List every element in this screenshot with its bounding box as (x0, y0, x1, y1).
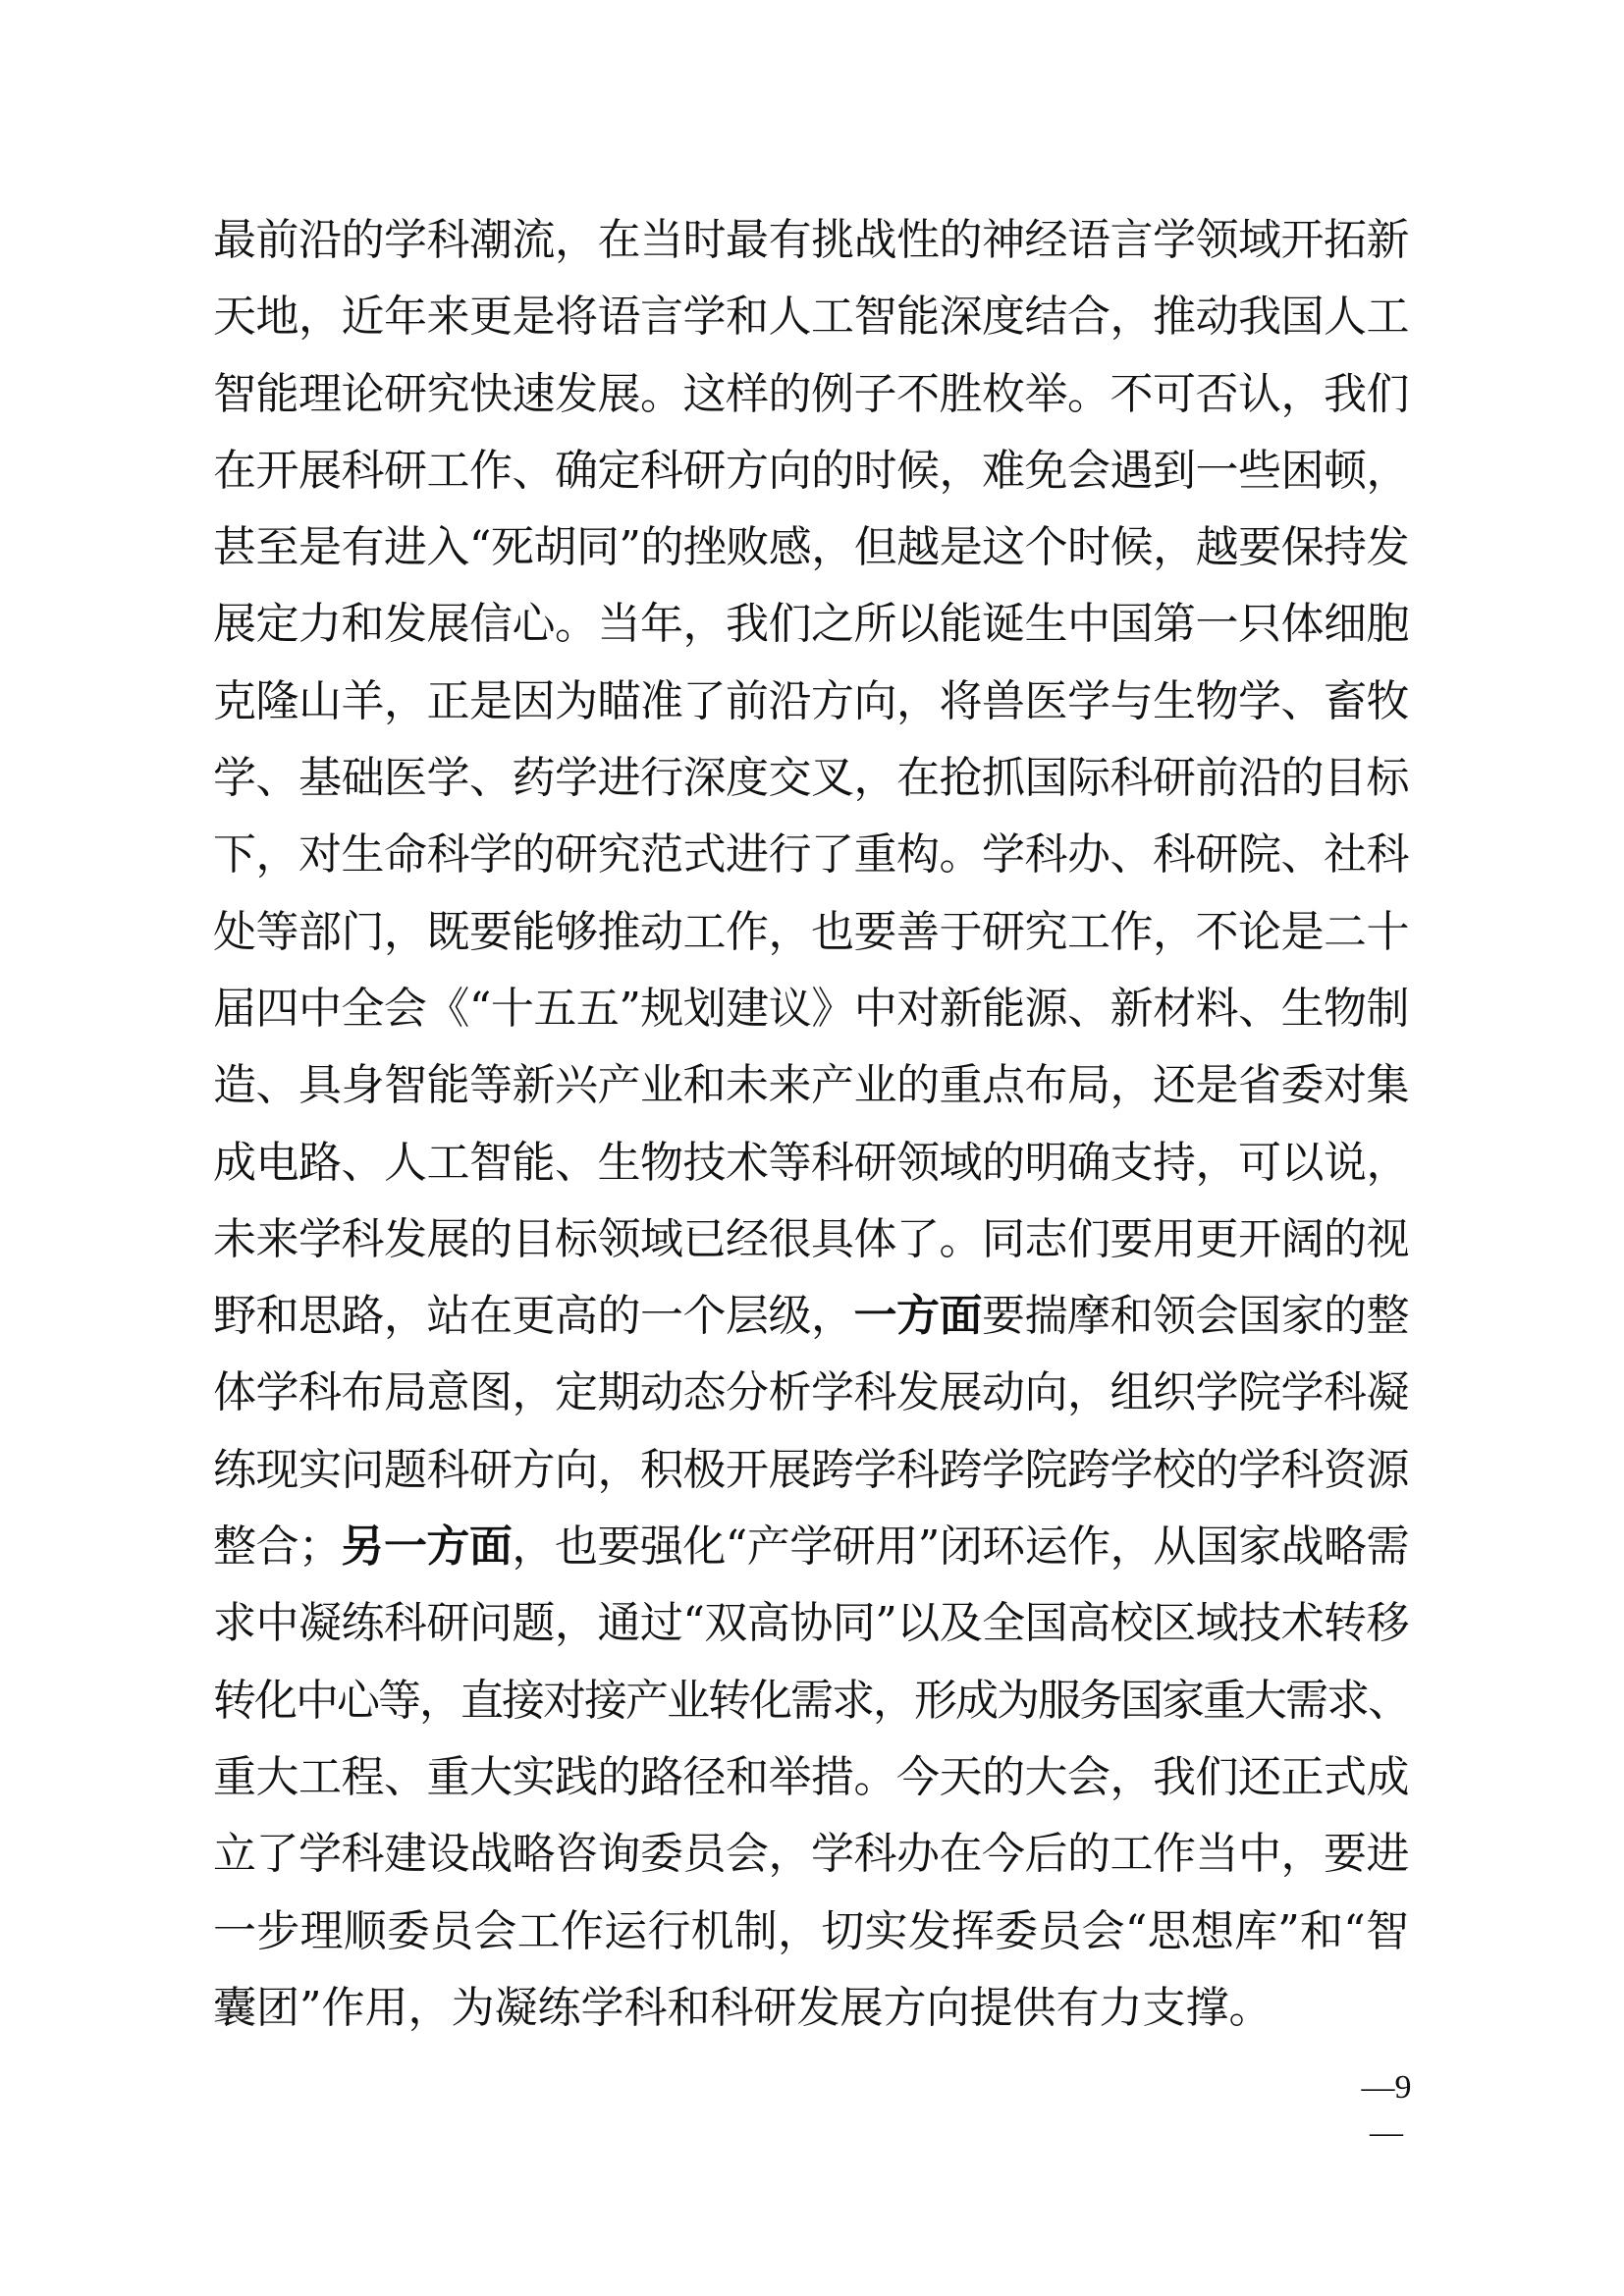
text-line: 未来学科发展的目标领域已经很具体了。同志们要用更开阔的视 (213, 1201, 1409, 1278)
text-line: 囊团”作用，为凝练学科和科研发展方向提供有力支撑。 (213, 1970, 1409, 2047)
text-segment: 造、具身智能等新兴产业和未来产业的重点布局，还是省委对集 (213, 1060, 1409, 1110)
text-segment: 成电路、人工智能、生物技术等科研领域的明确支持，可以说， (213, 1138, 1409, 1188)
text-line: 练现实问题科研方向，积极开展跨学科跨学院跨学校的学科资源 (213, 1432, 1409, 1509)
text-segment: 下，对生命科学的研究范式进行了重构。学科办、科研院、社科 (213, 829, 1409, 880)
text-line: 学、基础医学、药学进行深度交叉，在抢抓国际科研前沿的目标 (213, 740, 1409, 817)
text-segment: 练现实问题科研方向，积极开展跨学科跨学院跨学校的学科资源 (213, 1445, 1409, 1495)
text-segment: 智能理论研究快速发展。这样的例子不胜枚举。不可否认，我们 (213, 369, 1409, 419)
bold-emphasis-text: 一方面 (854, 1291, 983, 1341)
text-segment: 体学科布局意图，定期动态分析学科发展动向，组织学院学科凝 (213, 1367, 1409, 1417)
text-segment: 整合； (213, 1522, 341, 1572)
text-line: 下，对生命科学的研究范式进行了重构。学科办、科研院、社科 (213, 817, 1409, 893)
text-segment: 立了学科建设战略咨询委员会，学科办在今后的工作当中，要进 (213, 1829, 1409, 1879)
text-line: 成电路、人工智能、生物技术等科研领域的明确支持，可以说， (213, 1125, 1409, 1201)
text-line: 整合；另一方面，也要强化“产学研用”闭环运作，从国家战略需 (213, 1509, 1409, 1585)
text-line: 野和思路，站在更高的一个层级，一方面要揣摩和领会国家的整 (213, 1278, 1409, 1355)
text-line: 处等部门，既要能够推动工作，也要善于研究工作，不论是二十 (213, 894, 1409, 971)
text-segment: 重大工程、重大实践的路径和举措。今天的大会，我们还正式成 (213, 1752, 1409, 1802)
text-segment: 最前沿的学科潮流，在当时最有挑战性的神经语言学领域开拓新 (213, 215, 1409, 265)
text-segment: 天地，近年来更是将语言学和人工智能深度结合，推动我国人工 (213, 292, 1409, 342)
text-segment: 求中凝练科研问题，通过“双高协同”以及全国高校区域技术转移 (213, 1598, 1409, 1648)
text-line: 一步理顺委员会工作运行机制，切实发挥委员会“思想库”和“智 (213, 1894, 1409, 1970)
text-segment: 克隆山羊，正是因为瞄准了前沿方向，将兽医学与生物学、畜牧 (213, 676, 1409, 726)
body-paragraph: 最前沿的学科潮流，在当时最有挑战性的神经语言学领域开拓新天地，近年来更是将语言学… (213, 202, 1409, 2047)
text-line: 天地，近年来更是将语言学和人工智能深度结合，推动我国人工 (213, 279, 1409, 355)
text-segment: 转化中心等，直接对接产业转化需求，形成为服务国家重大需求、 (213, 1676, 1409, 1726)
text-line: 造、具身智能等新兴产业和未来产业的重点布局，还是省委对集 (213, 1047, 1409, 1124)
text-line: 立了学科建设战略咨询委员会，学科办在今后的工作当中，要进 (213, 1816, 1409, 1893)
text-line: 在开展科研工作、确定科研方向的时候，难免会遇到一些困顿， (213, 433, 1409, 509)
text-line: 智能理论研究快速发展。这样的例子不胜枚举。不可否认，我们 (213, 356, 1409, 433)
text-line: 体学科布局意图，定期动态分析学科发展动向，组织学院学科凝 (213, 1355, 1409, 1431)
text-segment: 一步理顺委员会工作运行机制，切实发挥委员会“思想库”和“智 (213, 1906, 1409, 1956)
text-line: 甚至是有进入“死胡同”的挫败感，但越是这个时候，越要保持发 (213, 509, 1409, 586)
text-line: 克隆山羊，正是因为瞄准了前沿方向，将兽医学与生物学、畜牧 (213, 664, 1409, 740)
text-segment: 野和思路，站在更高的一个层级， (213, 1291, 854, 1341)
text-segment: 学、基础医学、药学进行深度交叉，在抢抓国际科研前沿的目标 (213, 753, 1409, 803)
text-line: 最前沿的学科潮流，在当时最有挑战性的神经语言学领域开拓新 (213, 202, 1409, 279)
text-segment: 处等部门，既要能够推动工作，也要善于研究工作，不论是二十 (213, 907, 1409, 957)
text-segment: 在开展科研工作、确定科研方向的时候，难免会遇到一些困顿， (213, 446, 1409, 496)
text-segment: 展定力和发展信心。当年，我们之所以能诞生中国第一只体细胞 (213, 599, 1409, 649)
bold-emphasis-text: 另一方面 (341, 1522, 512, 1572)
page-number: —9— (1355, 2065, 1418, 2110)
document-page: 最前沿的学科潮流，在当时最有挑战性的神经语言学领域开拓新天地，近年来更是将语言学… (0, 0, 1624, 2296)
text-segment: ，也要强化“产学研用”闭环运作，从国家战略需 (512, 1522, 1409, 1572)
text-line: 届四中全会《“十五五”规划建议》中对新能源、新材料、生物制 (213, 971, 1409, 1047)
text-segment: 要揣摩和领会国家的整 (982, 1291, 1409, 1341)
text-line: 重大工程、重大实践的路径和举措。今天的大会，我们还正式成 (213, 1739, 1409, 1816)
text-segment: 未来学科发展的目标领域已经很具体了。同志们要用更开阔的视 (213, 1214, 1409, 1264)
text-line: 展定力和发展信心。当年，我们之所以能诞生中国第一只体细胞 (213, 586, 1409, 663)
text-segment: 届四中全会《“十五五”规划建议》中对新能源、新材料、生物制 (213, 984, 1409, 1034)
text-line: 求中凝练科研问题，通过“双高协同”以及全国高校区域技术转移 (213, 1585, 1409, 1662)
text-segment: 甚至是有进入“死胡同”的挫败感，但越是这个时候，越要保持发 (213, 522, 1409, 572)
text-line: 转化中心等，直接对接产业转化需求，形成为服务国家重大需求、 (213, 1663, 1409, 1739)
text-segment: 囊团”作用，为凝练学科和科研发展方向提供有力支撑。 (213, 1983, 1272, 2033)
